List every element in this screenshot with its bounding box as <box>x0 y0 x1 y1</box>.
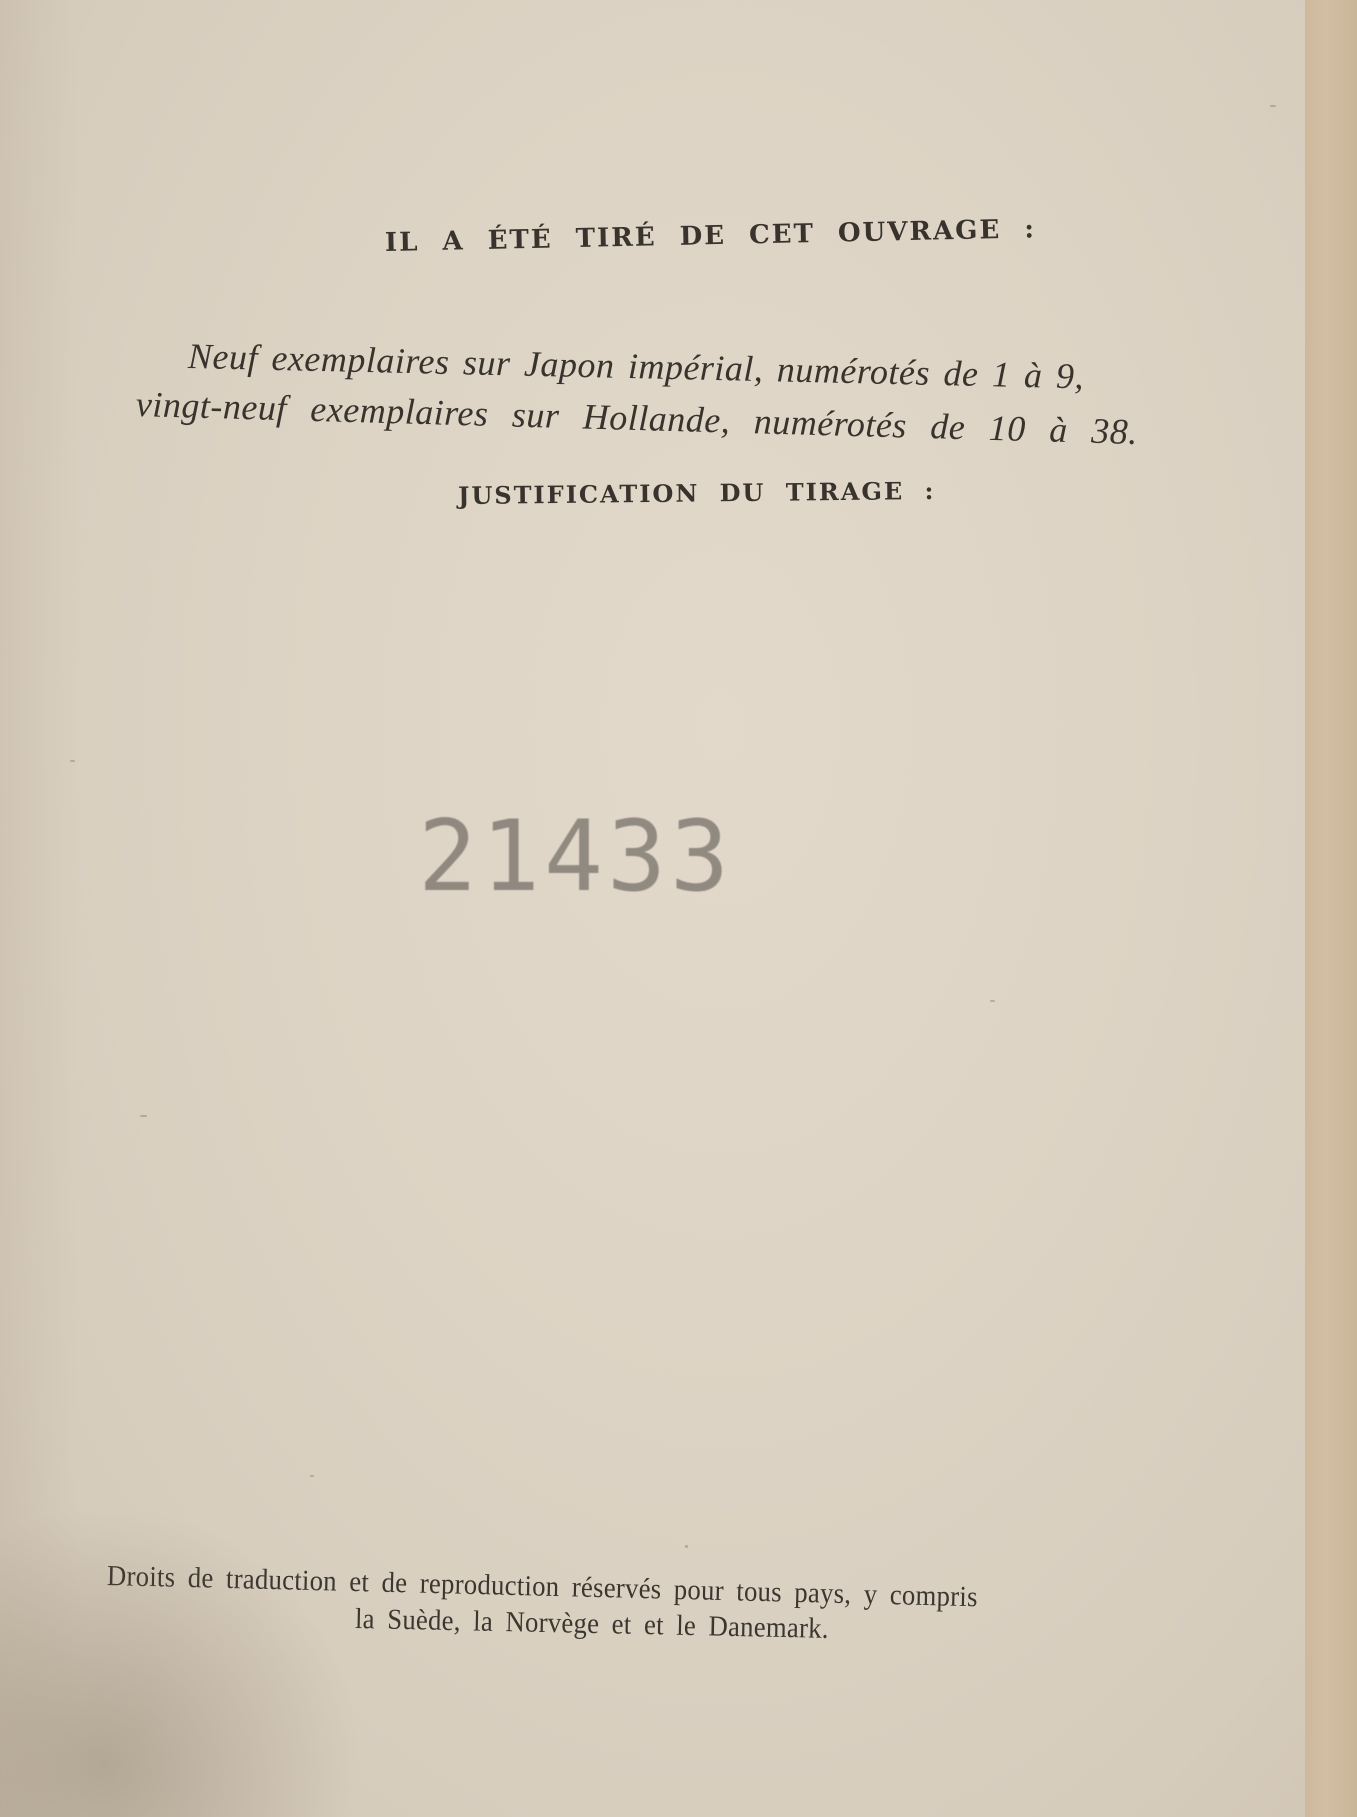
paper-speck <box>140 1115 147 1117</box>
copy-number-stamp: 21433 <box>418 800 733 914</box>
paper-speck <box>310 1475 314 1477</box>
paper-speck <box>1270 105 1276 107</box>
adjacent-page-edge <box>1305 0 1357 1817</box>
printing-note-heading: IL A ÉTÉ TIRÉ DE CET OUVRAGE : <box>385 214 1037 258</box>
rights-notice-line-2: la Suède, la Norvège et et le Danemark. <box>355 1603 829 1646</box>
justification-heading: JUSTIFICATION DU TIRAGE : <box>458 476 936 510</box>
book-page: IL A ÉTÉ TIRÉ DE CET OUVRAGE : Neuf exem… <box>0 0 1310 1817</box>
paper-speck <box>685 1545 688 1548</box>
paper-speck <box>990 1000 995 1002</box>
paper-speck <box>70 760 75 762</box>
